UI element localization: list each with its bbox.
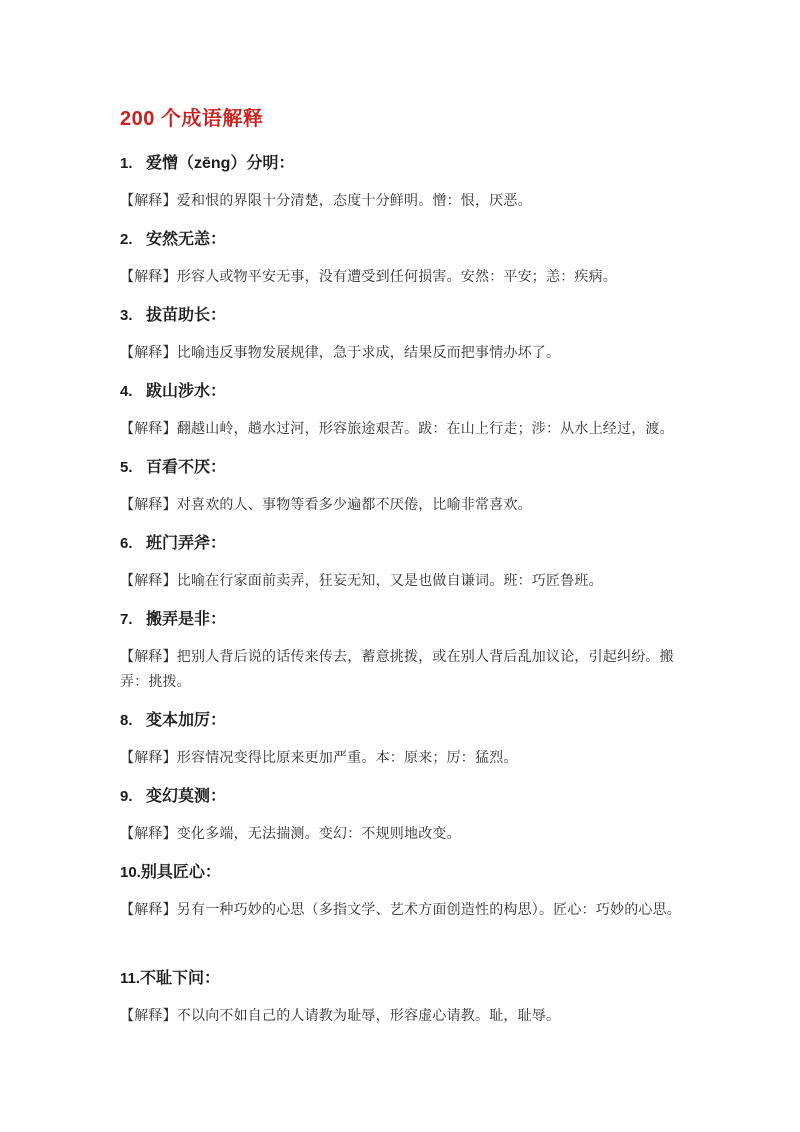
idiom-explanation: 【解释】变化多端，无法揣测。变幻：不规则地改变。 bbox=[120, 822, 690, 847]
entry-number: 4. bbox=[120, 381, 146, 403]
entry-number: 7. bbox=[120, 609, 146, 631]
entry-number: 10. bbox=[120, 862, 141, 884]
idiom-explanation: 【解释】翻越山岭，趟水过河，形容旅途艰苦。跋：在山上行走；涉：从水上经过，渡。 bbox=[120, 417, 690, 442]
idiom-entry-7: 7.搬弄是非： 【解释】把别人背后说的话传来传去，蓄意挑拨，或在别人背后乱加议论… bbox=[120, 609, 690, 695]
idiom-term: 跋山涉水： bbox=[146, 383, 226, 400]
idiom-heading: 2.安然无恙： bbox=[120, 229, 690, 251]
document-page: 200 个成语解释 1.爱憎（zēng）分明： 【解释】爱和恨的界限十分清楚，态… bbox=[0, 0, 800, 1132]
idiom-entry-9: 9.变幻莫测： 【解释】变化多端，无法揣测。变幻：不规则地改变。 bbox=[120, 786, 690, 847]
idiom-entry-5: 5.百看不厌： 【解释】对喜欢的人、事物等看多少遍都不厌倦，比喻非常喜欢。 bbox=[120, 457, 690, 518]
idiom-term: 不耻下问： bbox=[140, 970, 220, 987]
entry-number: 2. bbox=[120, 229, 146, 251]
idiom-heading: 6.班门弄斧： bbox=[120, 533, 690, 555]
idiom-entry-8: 8.变本加厉： 【解释】形容情况变得比原来更加严重。本：原来；厉：猛烈。 bbox=[120, 710, 690, 771]
idiom-term: 班门弄斧： bbox=[146, 535, 226, 552]
idiom-term: 别具匠心： bbox=[141, 864, 221, 881]
idiom-entry-10: 10.别具匠心： 【解释】另有一种巧妙的心思（多指文学、艺术方面创造性的构思）。… bbox=[120, 862, 690, 923]
entry-number: 3. bbox=[120, 305, 146, 327]
idiom-explanation: 【解释】比喻违反事物发展规律，急于求成，结果反而把事情办坏了。 bbox=[120, 341, 690, 366]
idiom-entry-4: 4.跋山涉水： 【解释】翻越山岭，趟水过河，形容旅途艰苦。跋：在山上行走；涉：从… bbox=[120, 381, 690, 442]
idiom-heading: 9.变幻莫测： bbox=[120, 786, 690, 808]
idiom-explanation: 【解释】比喻在行家面前卖弄，狂妄无知，又是也做自谦词。班：巧匠鲁班。 bbox=[120, 569, 690, 594]
idiom-term: 爱憎（zēng）分明： bbox=[146, 155, 294, 172]
idiom-term: 变本加厉： bbox=[146, 712, 226, 729]
idiom-heading: 7.搬弄是非： bbox=[120, 609, 690, 631]
entry-number: 5. bbox=[120, 457, 146, 479]
idiom-explanation: 【解释】另有一种巧妙的心思（多指文学、艺术方面创造性的构思）。匠心：巧妙的心思。 bbox=[120, 898, 690, 923]
entry-number: 6. bbox=[120, 533, 146, 555]
idiom-heading: 5.百看不厌： bbox=[120, 457, 690, 479]
idiom-heading: 8.变本加厉： bbox=[120, 710, 690, 732]
idiom-entry-11: 11.不耻下问： 【解释】不以向不如自己的人请教为耻辱，形容虚心请教。耻，耻辱。 bbox=[120, 968, 690, 1029]
idiom-heading: 3.拔苗助长： bbox=[120, 305, 690, 327]
idiom-term: 拔苗助长： bbox=[146, 307, 226, 324]
idiom-entry-3: 3.拔苗助长： 【解释】比喻违反事物发展规律，急于求成，结果反而把事情办坏了。 bbox=[120, 305, 690, 366]
entry-number: 8. bbox=[120, 710, 146, 732]
idiom-term: 安然无恙： bbox=[146, 231, 226, 248]
idiom-term: 百看不厌： bbox=[146, 459, 226, 476]
idiom-heading: 11.不耻下问： bbox=[120, 968, 690, 990]
idiom-explanation: 【解释】形容情况变得比原来更加严重。本：原来；厉：猛烈。 bbox=[120, 746, 690, 771]
idiom-heading: 10.别具匠心： bbox=[120, 862, 690, 884]
idiom-term: 变幻莫测： bbox=[146, 788, 226, 805]
idiom-explanation: 【解释】形容人或物平安无事，没有遭受到任何损害。安然：平安；恙：疾病。 bbox=[120, 265, 690, 290]
entry-number: 9. bbox=[120, 786, 146, 808]
idiom-entry-1: 1.爱憎（zēng）分明： 【解释】爱和恨的界限十分清楚，态度十分鲜明。憎：恨，… bbox=[120, 153, 690, 214]
idiom-explanation: 【解释】爱和恨的界限十分清楚，态度十分鲜明。憎：恨，厌恶。 bbox=[120, 189, 690, 214]
entry-number: 1. bbox=[120, 153, 146, 175]
entry-number: 11. bbox=[120, 968, 140, 990]
document-title: 200 个成语解释 bbox=[120, 106, 690, 132]
idiom-entry-2: 2.安然无恙： 【解释】形容人或物平安无事，没有遭受到任何损害。安然：平安；恙：… bbox=[120, 229, 690, 290]
idiom-explanation: 【解释】把别人背后说的话传来传去，蓄意挑拨，或在别人背后乱加议论，引起纠纷。搬 … bbox=[120, 645, 690, 695]
idiom-heading: 4.跋山涉水： bbox=[120, 381, 690, 403]
idiom-explanation: 【解释】对喜欢的人、事物等看多少遍都不厌倦，比喻非常喜欢。 bbox=[120, 493, 690, 518]
idiom-entry-6: 6.班门弄斧： 【解释】比喻在行家面前卖弄，狂妄无知，又是也做自谦词。班：巧匠鲁… bbox=[120, 533, 690, 594]
paragraph-spacer bbox=[120, 938, 690, 968]
idiom-term: 搬弄是非： bbox=[146, 611, 226, 628]
idiom-explanation: 【解释】不以向不如自己的人请教为耻辱，形容虚心请教。耻，耻辱。 bbox=[120, 1004, 690, 1029]
idiom-heading: 1.爱憎（zēng）分明： bbox=[120, 153, 690, 175]
